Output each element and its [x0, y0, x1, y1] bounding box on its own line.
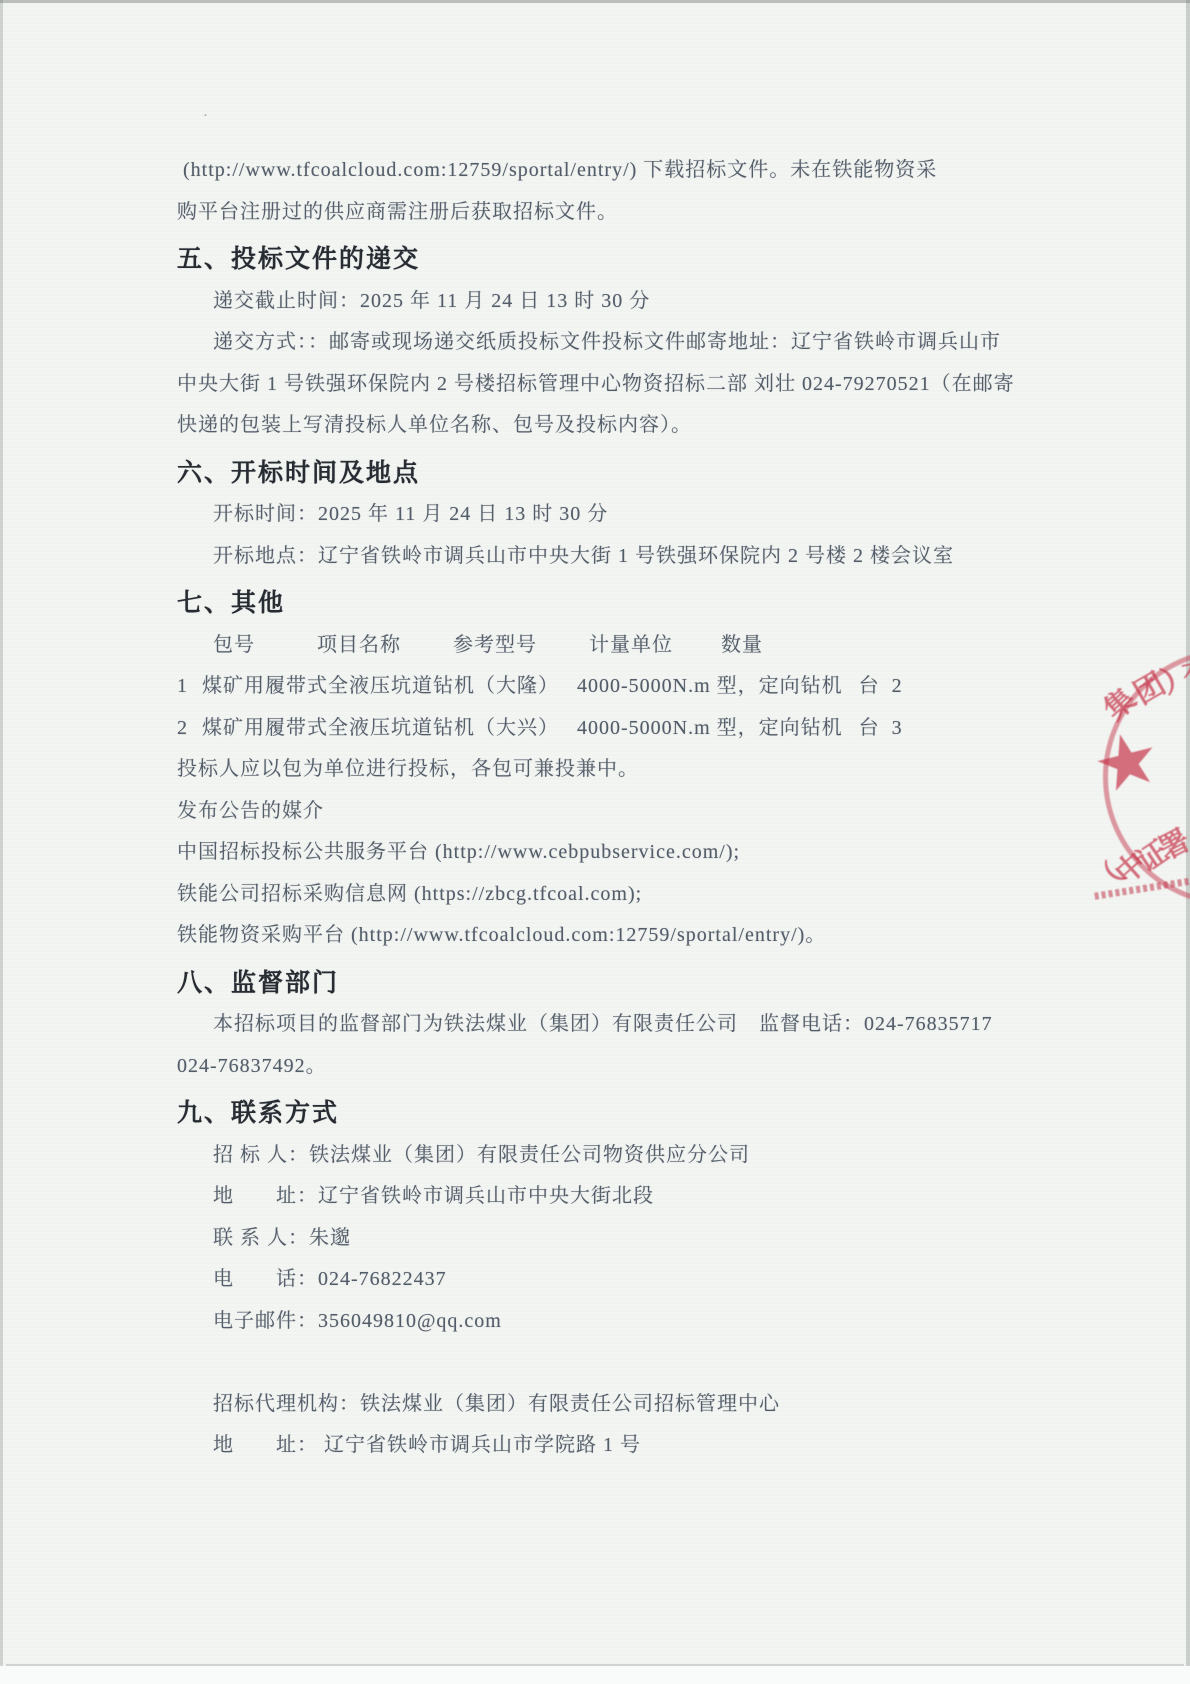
- package-table-row: 2煤矿用履带式全液压坑道钻机（大兴）4000-5000N.m 型，定向钻机台3: [177, 708, 937, 750]
- section-5-heading: 五、投标文件的递交: [177, 239, 937, 281]
- cell-project-name: 煤矿用履带式全液压坑道钻机（大兴）: [202, 708, 559, 750]
- col-quantity: 数量: [721, 625, 763, 667]
- contact-line-email: 电子邮件：356049810@qq.com: [177, 1301, 937, 1343]
- seal-arc-char: 中: [1103, 840, 1155, 893]
- media-line: 铁能公司招标采购信息网 (https://zbcg.tfcoal.com);: [177, 874, 937, 916]
- contact-line-address: 地 址：辽宁省铁岭市调兵山市中央大街北段: [177, 1176, 937, 1218]
- seal-arc-char: 证: [1126, 827, 1175, 880]
- scan-speck: ·: [203, 108, 208, 125]
- col-ref-model: 参考型号: [453, 625, 537, 667]
- scan-edge-left: [0, 0, 3, 1684]
- cell-quantity: 3: [892, 708, 903, 750]
- seal-ring: [1103, 648, 1190, 906]
- intro-line: (http://www.tfcoalcloud.com:12759/sporta…: [177, 150, 937, 192]
- seal-arc-char: 集: [1092, 676, 1144, 729]
- media-line: 铁能物资采购平台 (http://www.tfcoalcloud.com:127…: [177, 915, 937, 957]
- document-body: (http://www.tfcoalcloud.com:12759/sporta…: [177, 150, 937, 1467]
- submission-method-line: 中央大街 1 号铁强环保院内 2 号楼招标管理中心物资招标二部 刘壮 024-7…: [177, 364, 937, 406]
- agency-line-name: 招标代理机构：铁法煤业（集团）有限责任公司招标管理中心: [177, 1384, 937, 1426]
- package-table-row: 1煤矿用履带式全液压坑道钻机（大隆）4000-5000N.m 型，定向钻机台2: [177, 666, 937, 708]
- seal-arc-char: 团: [1124, 659, 1172, 712]
- contact-line-tenderer: 招 标 人：铁法煤业（集团）有限责任公司物资供应分公司: [177, 1135, 937, 1177]
- cell-unit: 台: [859, 708, 880, 750]
- media-heading-line: 发布公告的媒介: [177, 791, 937, 833]
- section-6-heading: 六、开标时间及地点: [177, 453, 937, 495]
- cell-project-name: 煤矿用履带式全液压坑道钻机（大隆）: [202, 666, 559, 708]
- section-8-heading: 八、监督部门: [177, 963, 937, 1005]
- agency-line-address: 地 址： 辽宁省铁岭市调兵山市学院路 1 号: [177, 1425, 937, 1467]
- seal-star-icon: ★: [1086, 719, 1168, 807]
- scan-edge-top: [0, 0, 1190, 3]
- section-9-heading: 九、联系方式: [177, 1093, 937, 1135]
- opening-time-line: 开标时间：2025 年 11 月 24 日 13 时 30 分: [177, 494, 937, 536]
- seal-arc-char: 署: [1150, 816, 1190, 869]
- cell-package-no: 2: [177, 708, 188, 750]
- col-unit: 计量单位: [589, 625, 673, 667]
- scan-edge-bottom-light: [0, 1666, 1190, 1684]
- package-table-header: 包号项目名称参考型号计量单位数量: [177, 625, 937, 667]
- scanned-tender-document-page: · (http://www.tfcoalcloud.com:12759/spor…: [0, 0, 1190, 1684]
- blank-line: [177, 1342, 937, 1384]
- section-7-heading: 七、其他: [177, 583, 937, 625]
- media-line: 中国招标投标公共服务平台 (http://www.cebpubservice.c…: [177, 832, 937, 874]
- supervision-line: 024-76837492。: [177, 1046, 937, 1088]
- contact-line-phone: 电 话：024-76822437: [177, 1259, 937, 1301]
- scan-edge-right: [1186, 0, 1190, 1684]
- seal-arc-char: ）: [1154, 650, 1190, 702]
- cell-package-no: 1: [177, 666, 188, 708]
- cell-unit: 台: [859, 666, 880, 708]
- cell-quantity: 2: [892, 666, 903, 708]
- bidding-note-line: 投标人应以包为单位进行投标，各包可兼投兼中。: [177, 749, 937, 791]
- col-project-name: 项目名称: [317, 625, 401, 667]
- seal-arc-char: （: [1081, 852, 1134, 903]
- intro-line: 购平台注册过的供应商需注册后获取招标文件。: [177, 192, 937, 234]
- contact-line-person: 联 系 人：朱邈: [177, 1218, 937, 1260]
- cell-ref-model: 4000-5000N.m 型，定向钻机: [577, 708, 843, 750]
- col-package-no: 包号: [213, 625, 255, 667]
- supervision-line: 本招标项目的监督部门为铁法煤业（集团）有限责任公司 监督电话：024-76835…: [177, 1004, 937, 1046]
- submission-deadline-line: 递交截止时间：2025 年 11 月 24 日 13 时 30 分: [177, 281, 937, 323]
- cell-ref-model: 4000-5000N.m 型，定向钻机: [577, 666, 843, 708]
- opening-place-line: 开标地点：辽宁省铁岭市调兵山市中央大街 1 号铁强环保院内 2 号楼 2 楼会议…: [177, 536, 937, 578]
- submission-method-line: 快递的包装上写清投标人单位名称、包号及投标内容）。: [177, 405, 937, 447]
- seal-serial-band: [1094, 875, 1190, 899]
- submission-method-line: 递交方式：：邮寄或现场递交纸质投标文件投标文件邮寄地址：辽宁省铁岭市调兵山市: [177, 322, 937, 364]
